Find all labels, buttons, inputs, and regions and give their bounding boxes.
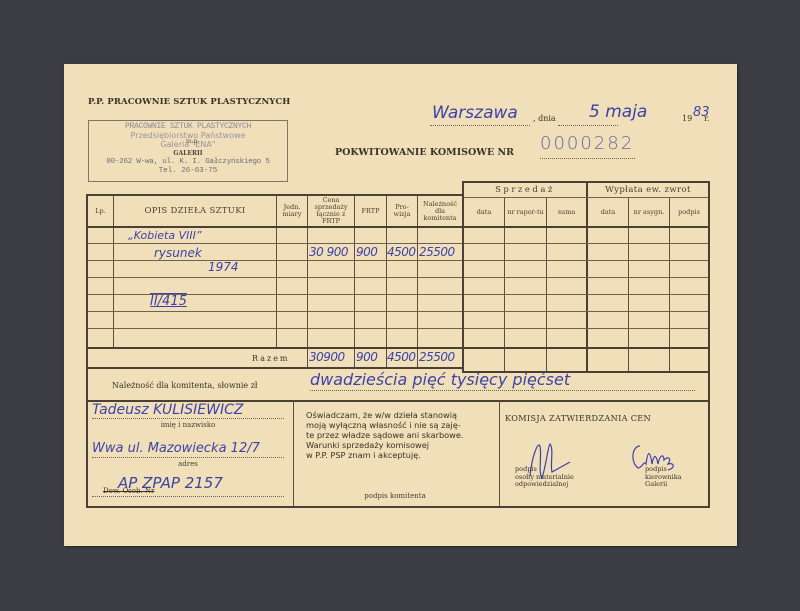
- header-nr-raportu: nr rapor-tu: [505, 198, 546, 226]
- sig2-label-line: Galerii: [645, 481, 682, 489]
- item-prowizja[interactable]: 4500: [387, 245, 416, 259]
- document-title: POKWITOWANIE KOMISOWE NR: [335, 147, 514, 158]
- stamp-phone: Tel. 26-63-75: [89, 167, 287, 176]
- declaration-line: te przez władze sądowe ani skarbowe.: [306, 430, 464, 440]
- item-catalog-no[interactable]: II/415: [150, 294, 187, 309]
- header-podpis: podpis: [670, 198, 708, 226]
- name-label: imię i nazwisko: [92, 421, 284, 429]
- header-naleznosc: Należność dla komitenta: [418, 196, 462, 226]
- col-divider: [293, 400, 294, 506]
- stamp-address: 00-262 W-wa, ul. K. I. Gałczyńskiego 5: [89, 158, 287, 167]
- stamp-galerii: GALERII: [89, 149, 287, 158]
- item-title[interactable]: „Kobieta VIII”: [128, 229, 202, 242]
- razem-frtp[interactable]: 900: [356, 350, 377, 364]
- row-line: [464, 311, 708, 312]
- declaration-line: Oświadczam, że w/w dzieła stanowią: [306, 410, 464, 420]
- year-prefix: 19: [682, 114, 692, 123]
- item-year[interactable]: 1974: [208, 260, 239, 274]
- wyplata-title: Wypłata ew. zwrot: [588, 183, 708, 197]
- row-line: [88, 294, 462, 295]
- year-suffix: r.: [704, 114, 710, 123]
- header-prowizja: Pro-wizja: [387, 196, 417, 226]
- row-line: [88, 243, 462, 244]
- dnia-label: , dnia: [533, 114, 556, 123]
- stamp-mp: m.p.: [186, 137, 199, 146]
- commission-title: KOMISJA ZATWIERDZANIA CEN: [505, 413, 651, 423]
- row-line: [88, 277, 462, 278]
- consignor-id-field[interactable]: AP ZPAP 2157: [118, 474, 223, 492]
- declaration-line: w P.P. PSP znam i akceptuję.: [306, 450, 464, 460]
- col-divider: [499, 400, 500, 506]
- razem-divider: [88, 347, 462, 349]
- header-frtp: FRTP: [355, 196, 386, 226]
- place-field[interactable]: Warszawa: [432, 103, 518, 123]
- consignor-address-field[interactable]: Wwa ul. Mazowiecka 12/7: [92, 441, 260, 456]
- row-line: [464, 277, 708, 278]
- razem-label: Razem: [252, 354, 290, 363]
- sales-payout-table: Sprzedaż Wypłata ew. zwrot data nr rapor…: [462, 181, 710, 373]
- consignor-signature-label: podpis komitenta: [292, 492, 498, 500]
- document-number: 0000282: [540, 133, 634, 154]
- row-line: [88, 311, 462, 312]
- header-jedn: Jedn. miary: [277, 196, 307, 226]
- header-suma: suma: [547, 198, 586, 226]
- header-sprzedaz-data: data: [464, 198, 504, 226]
- razem-prowizja[interactable]: 4500: [387, 350, 416, 364]
- header-wyplata-data: data: [588, 198, 628, 226]
- declaration-line: Warunki sprzedaży komisowej: [306, 440, 464, 450]
- stamp-line3: Galeria "ENA" m.p.: [89, 140, 287, 149]
- razem-cena[interactable]: 30900: [309, 350, 345, 364]
- id-line: [92, 496, 284, 497]
- row-line: [464, 243, 708, 244]
- declaration-line: moją wyłączną własność i nie są zaję-: [306, 420, 464, 430]
- sig2-label: podpis kierownika Galerii: [645, 466, 682, 489]
- razem-naleznosc[interactable]: 25500: [419, 350, 455, 364]
- stamp-line1: PRACOWNIE SZTUK PLASTYCZNYCH: [89, 122, 287, 131]
- declaration-text: Oświadczam, że w/w dzieła stanowią moją …: [306, 410, 464, 460]
- slownie-field[interactable]: dwadzieścia pięć tysięcy pięćset: [310, 370, 570, 389]
- gallery-stamp: PRACOWNIE SZTUK PLASTYCZNYCH Przedsiębio…: [88, 120, 288, 182]
- header-divider: [88, 226, 462, 228]
- address-label: adres: [92, 460, 284, 468]
- row-line: [464, 294, 708, 295]
- date-field[interactable]: 5 maja: [589, 102, 647, 122]
- item-naleznosc[interactable]: 25500: [419, 245, 455, 259]
- items-table: Lp. OPIS DZIEŁA SZTUKI Jedn. miary Cena …: [86, 194, 464, 369]
- row-line: [464, 260, 708, 261]
- sig1-label-line: odpowiedzialnej: [515, 481, 574, 489]
- item-technique[interactable]: rysunek: [154, 246, 202, 260]
- item-frtp[interactable]: 900: [356, 245, 377, 259]
- row-line: [88, 260, 462, 261]
- razem-divider: [464, 347, 708, 349]
- slownie-label: Należność dla komitenta, słownie zł: [112, 381, 258, 390]
- sprzedaz-title: Sprzedaż: [464, 183, 586, 197]
- address-line: [92, 457, 284, 458]
- row-line: [88, 328, 462, 329]
- item-cena[interactable]: 30 900: [309, 245, 348, 259]
- header-lp: Lp.: [88, 196, 113, 226]
- header-opis: OPIS DZIEŁA SZTUKI: [114, 196, 276, 226]
- consignor-name-field[interactable]: Tadeusz KULISIEWICZ: [92, 402, 243, 418]
- header-cena: Cena sprzedaży łącznie z FRTP: [308, 196, 354, 226]
- name-line: [92, 418, 284, 419]
- row-line: [464, 328, 708, 329]
- header-divider: [464, 226, 708, 228]
- organization-header: P.P. PRACOWNIE SZTUK PLASTYCZNYCH: [88, 97, 290, 107]
- header-nr-asygn: nr asygn.: [629, 198, 669, 226]
- sig1-label: podpis osoby materialnie odpowiedzialnej: [515, 466, 574, 489]
